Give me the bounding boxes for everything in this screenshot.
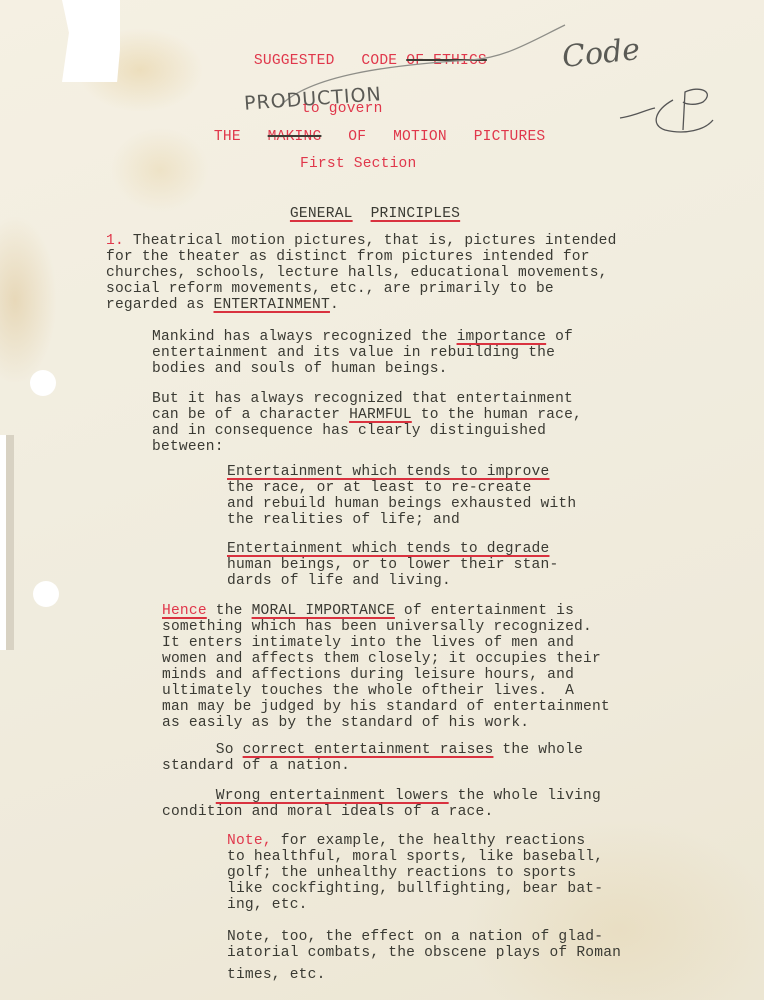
punch-hole: [30, 370, 56, 396]
emphasis-text: Note,: [227, 833, 272, 849]
emphasis-text: importance: [457, 329, 547, 345]
text-line: iatorial combats, the obscene plays of R…: [227, 945, 621, 961]
text-line: like cockfighting, bullfighting, bear ba…: [227, 881, 603, 897]
emphasis-text: Entertainment which tends to improve: [227, 464, 549, 480]
emphasis-text: MORAL IMPORTANCE: [252, 603, 395, 619]
emphasis-text: Entertainment which tends to degrade: [227, 541, 549, 557]
text-fragment: can be of a character: [152, 407, 349, 423]
emphasis-text: Hence: [162, 603, 207, 619]
text-line: social reform movements, etc., are prima…: [106, 281, 617, 297]
paragraph-1: 1. Theatrical motion pictures, that is, …: [106, 233, 617, 313]
paragraph-8: Wrong entertainment lowers the whole liv…: [162, 788, 601, 820]
text-line: entertainment and its value in rebuildin…: [152, 345, 573, 361]
paragraph-number: 1.: [106, 233, 124, 249]
text-line: It enters intimately into the lives of m…: [162, 635, 610, 651]
text-fragment: to the human race,: [412, 407, 582, 423]
text-line: bodies and souls of human beings.: [152, 361, 573, 377]
text-line: and in consequence has clearly distingui…: [152, 423, 582, 439]
emphasis-text: correct entertainment raises: [243, 742, 494, 758]
text-line: to healthful, moral sports, like basebal…: [227, 849, 603, 865]
title-word: PICTURES: [474, 129, 546, 145]
text-fragment: for example, the healthy reactions: [272, 833, 586, 849]
text-line: man may be judged by his standard of ent…: [162, 699, 610, 715]
text-line: human beings, or to lower their stan-: [227, 557, 558, 573]
text-line: Note, too, the effect on a nation of gla…: [227, 929, 621, 945]
folded-edge: [6, 435, 14, 650]
text-fragment: the: [207, 603, 252, 619]
paragraph-4: Entertainment which tends to improve the…: [227, 464, 576, 528]
paragraph-5: Entertainment which tends to degrade hum…: [227, 541, 558, 589]
text-line: ing, etc.: [227, 897, 603, 913]
paragraph-2: Mankind has always recognized the import…: [152, 329, 573, 377]
text-line: women and affects them closely; it occup…: [162, 651, 610, 667]
title-word: THE: [214, 129, 241, 145]
text-line: as easily as by the standard of his work…: [162, 715, 610, 731]
title-word: OF: [348, 129, 366, 145]
text-line: ultimately touches the whole oftheir liv…: [162, 683, 610, 699]
text-fragment: .: [330, 297, 339, 313]
text-line: something which has been universally rec…: [162, 619, 610, 635]
text-line: and rebuild human beings exhausted with: [227, 496, 576, 512]
emphasis-text: Wrong entertainment lowers: [216, 788, 449, 804]
text-line: for the theater as distinct from picture…: [106, 249, 617, 265]
section-label: First Section: [300, 156, 416, 172]
paragraph-3: But it has always recognized that entert…: [152, 391, 582, 455]
initials-mark-icon: [615, 80, 725, 135]
text-fragment: of: [546, 329, 573, 345]
text-line: the realities of life; and: [227, 512, 576, 528]
heading-word: GENERAL: [290, 206, 353, 222]
heading-word: PRINCIPLES: [371, 206, 461, 222]
text-fragment: Mankind has always recognized the: [152, 329, 457, 345]
text-line: minds and affections during leisure hour…: [162, 667, 610, 683]
text-line: standard of a nation.: [162, 758, 583, 774]
text-fragment: regarded as: [106, 297, 214, 313]
torn-corner: [62, 0, 120, 82]
text-line: dards of life and living.: [227, 573, 558, 589]
title-line-3: THE MAKING OF MOTION PICTURES: [196, 113, 545, 145]
section-heading: GENERAL PRINCIPLES: [272, 190, 460, 222]
text-fragment: So: [216, 742, 243, 758]
text-line: golf; the unhealthy reactions to sports: [227, 865, 603, 881]
text-line: But it has always recognized that entert…: [152, 391, 582, 407]
struck-text: MAKING: [268, 129, 322, 145]
paragraph-9: Note, for example, the healthy reactions…: [227, 833, 603, 913]
text-line: churches, schools, lecture halls, educat…: [106, 265, 617, 281]
text-line: Theatrical motion pictures, that is, pic…: [124, 233, 617, 249]
punch-hole: [33, 581, 59, 607]
emphasis-text: ENTERTAINMENT: [214, 297, 330, 313]
title-word: MOTION: [393, 129, 447, 145]
paragraph-7: So correct entertainment raises the whol…: [162, 742, 583, 774]
text-line: condition and moral ideals of a race.: [162, 804, 601, 820]
text-fragment: the whole living: [449, 788, 601, 804]
text-line: times, etc.: [227, 967, 621, 983]
paragraph-10: Note, too, the effect on a nation of gla…: [227, 929, 621, 983]
paragraph-6: Hence the MORAL IMPORTANCE of entertainm…: [162, 603, 610, 731]
emphasis-text: HARMFUL: [349, 407, 412, 423]
text-line: the race, or at least to re-create: [227, 480, 576, 496]
text-fragment: the whole: [493, 742, 583, 758]
text-line: between:: [152, 439, 582, 455]
text-fragment: of entertainment is: [395, 603, 574, 619]
